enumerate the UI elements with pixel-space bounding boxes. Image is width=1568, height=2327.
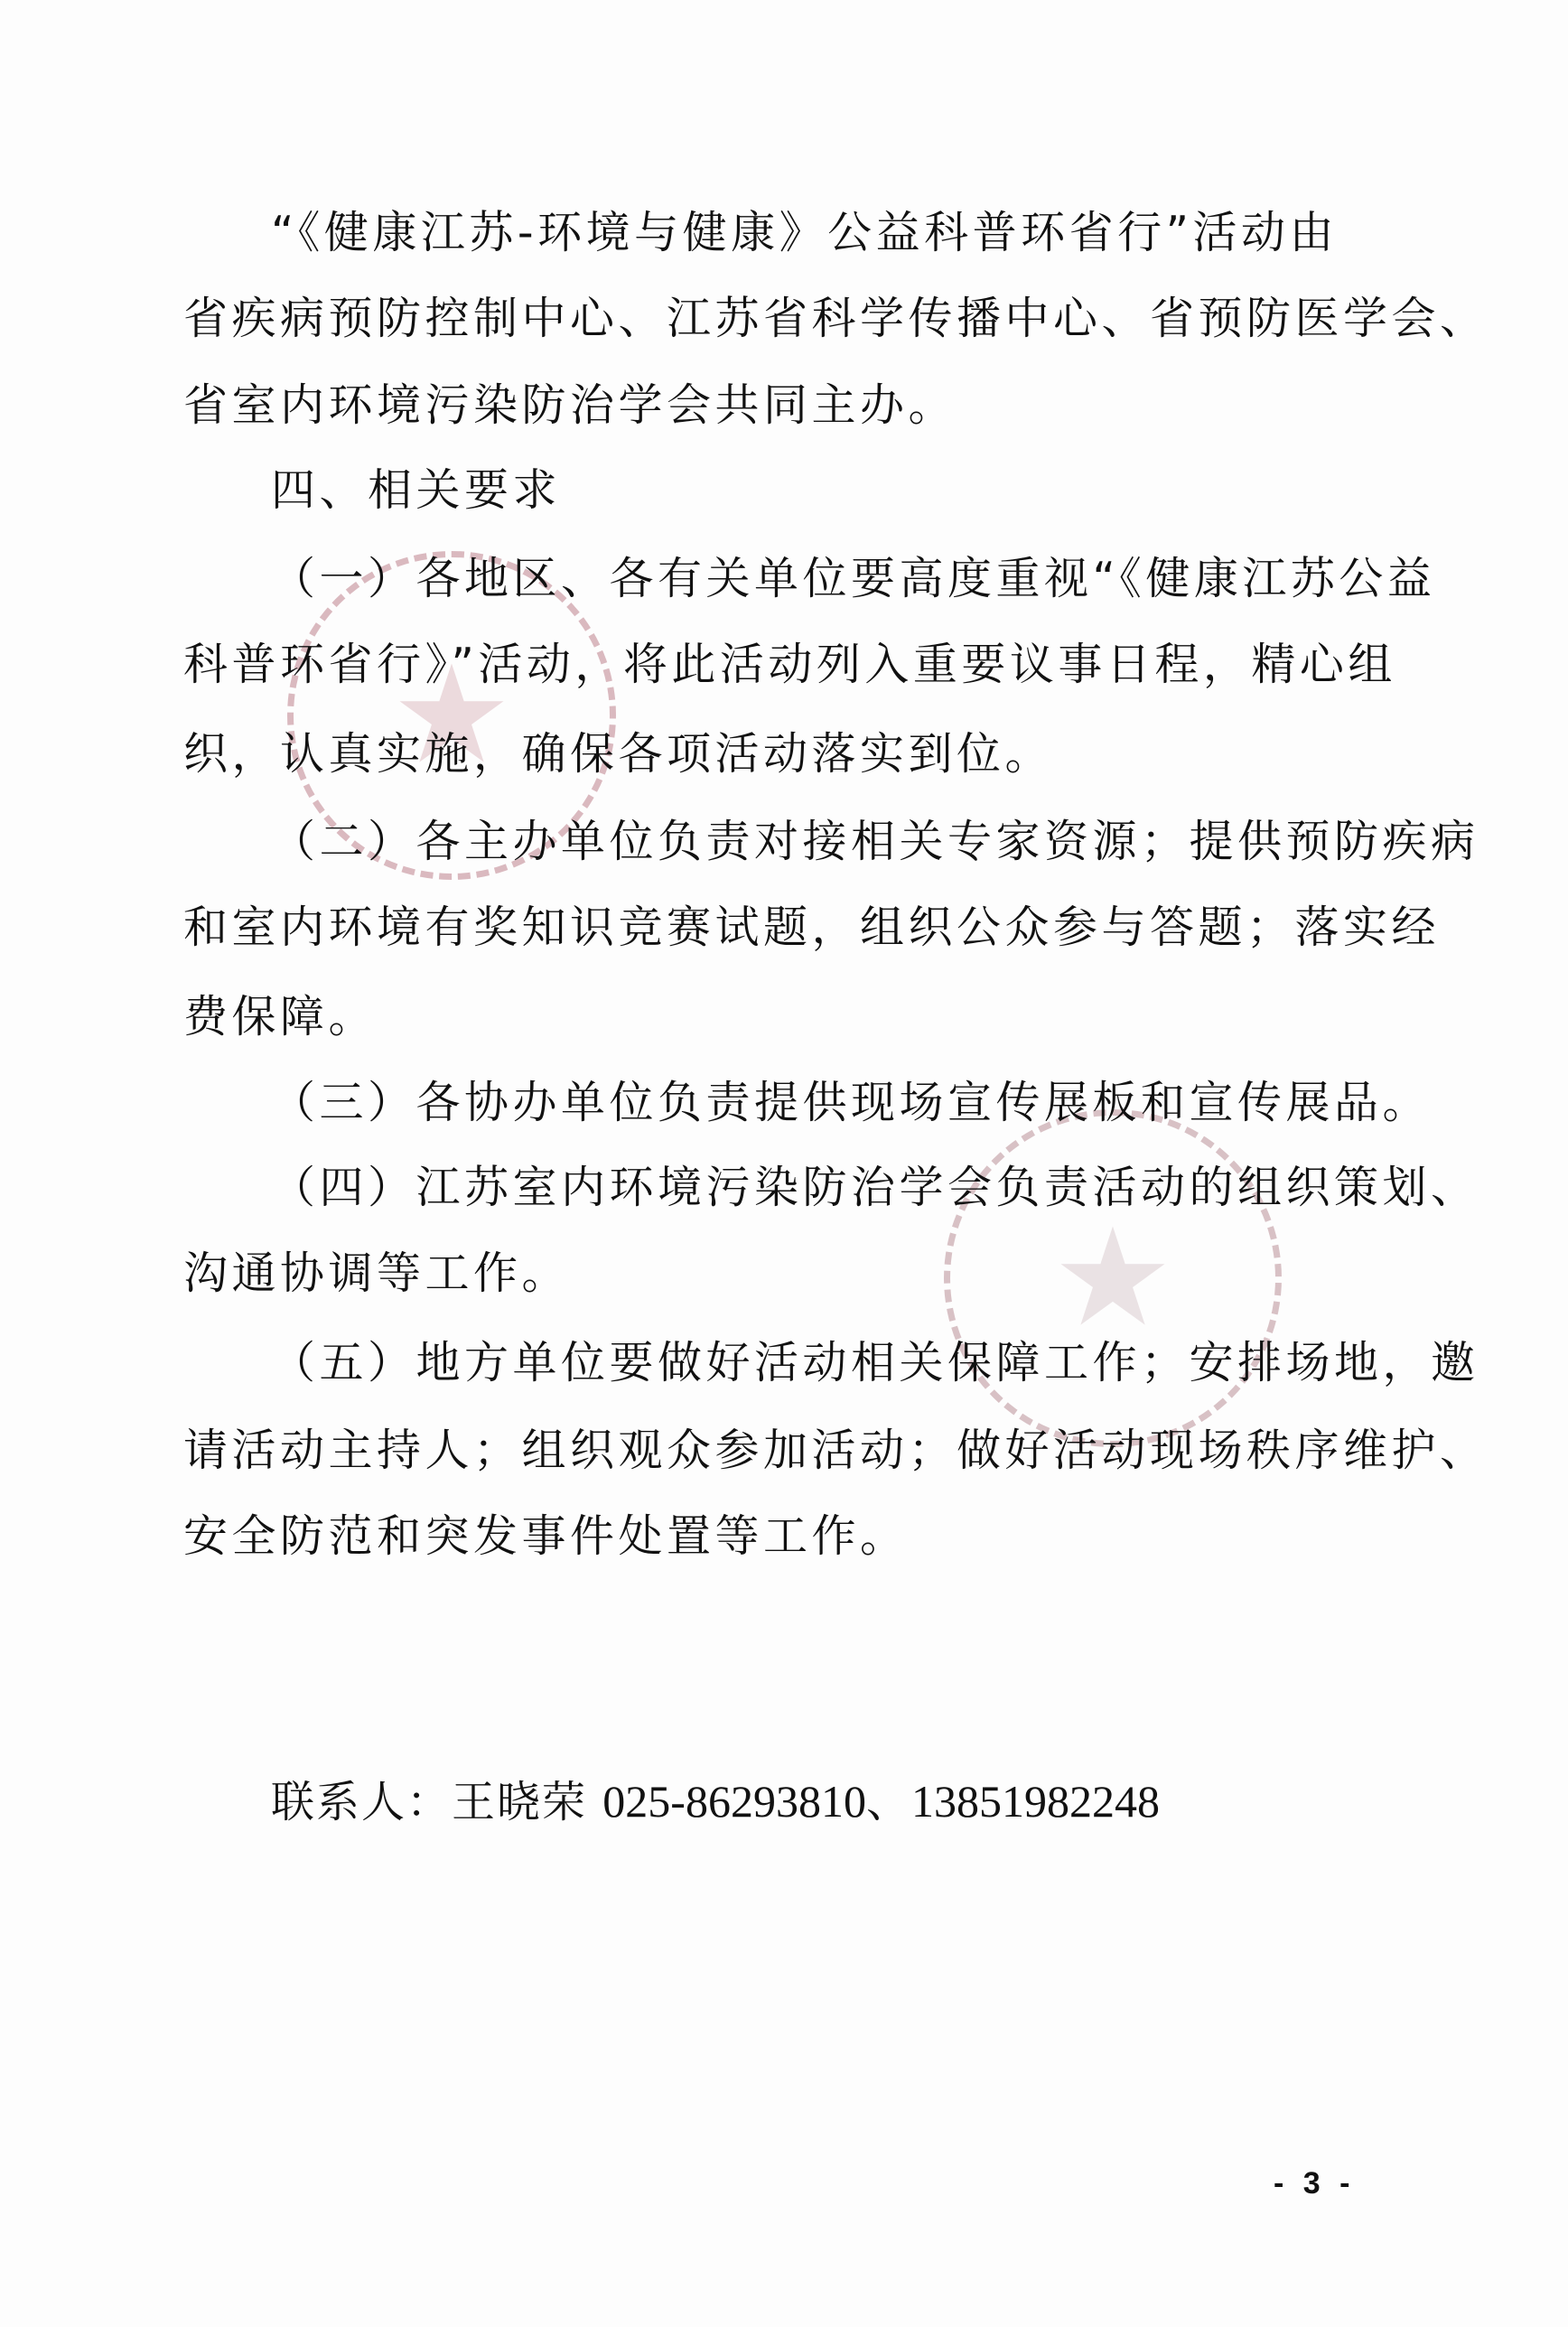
- paragraph-line: 请活动主持人；组织观众参加活动；做好活动现场秩序维护、: [183, 1424, 1358, 1478]
- contact-name: 王晓荣: [452, 1777, 587, 1827]
- document-page: ★ ★ “《健康江苏-环境与健康》公益科普环省行”活动由 省疾病预防控制中心、江…: [0, 0, 1568, 2327]
- paragraph-line: （二）各主办单位负责对接相关专家资源；提供预防疾病: [271, 815, 1445, 869]
- contact-separator: 、: [866, 1777, 911, 1827]
- section-heading: 四、相关要求: [271, 463, 1445, 518]
- paragraph-line: 织，认真实施，确保各项活动落实到位。: [183, 727, 1358, 781]
- contact-label: 联系人：: [271, 1777, 452, 1827]
- paragraph-line: 科普环省行》”活动，将此活动列入重要议事日程，精心组: [183, 638, 1358, 692]
- paragraph-line: 和室内环境有奖知识竞赛试题，组织公众参与答题；落实经: [183, 901, 1358, 955]
- contact-info: 联系人：王晓荣 025-86293810、13851982248: [271, 1772, 1160, 1831]
- paragraph-line: 安全防范和突发事件处置等工作。: [183, 1509, 1358, 1564]
- paragraph-line: 省室内环境污染防治学会共同主办。: [183, 378, 1358, 433]
- paragraph-line: “《健康江苏-环境与健康》公益科普环省行”活动由: [271, 206, 1445, 260]
- contact-phone: 025-86293810: [602, 1776, 866, 1827]
- paragraph-line: （五）地方单位要做好活动相关保障工作；安排场地，邀: [271, 1336, 1445, 1390]
- paragraph-line: （一）各地区、各有关单位要高度重视“《健康江苏公益: [271, 552, 1445, 606]
- paragraph-line: （四）江苏室内环境污染防治学会负责活动的组织策划、: [271, 1161, 1445, 1215]
- page-number: - 3 -: [1274, 2166, 1355, 2201]
- paragraph-line: （三）各协办单位负责提供现场宣传展板和宣传展品。: [271, 1076, 1445, 1130]
- contact-mobile: 13851982248: [911, 1776, 1160, 1827]
- paragraph-line: 费保障。: [183, 990, 1358, 1044]
- paragraph-line: 省疾病预防控制中心、江苏省科学传播中心、省预防医学会、: [183, 292, 1358, 346]
- paragraph-line: 沟通协调等工作。: [183, 1247, 1358, 1301]
